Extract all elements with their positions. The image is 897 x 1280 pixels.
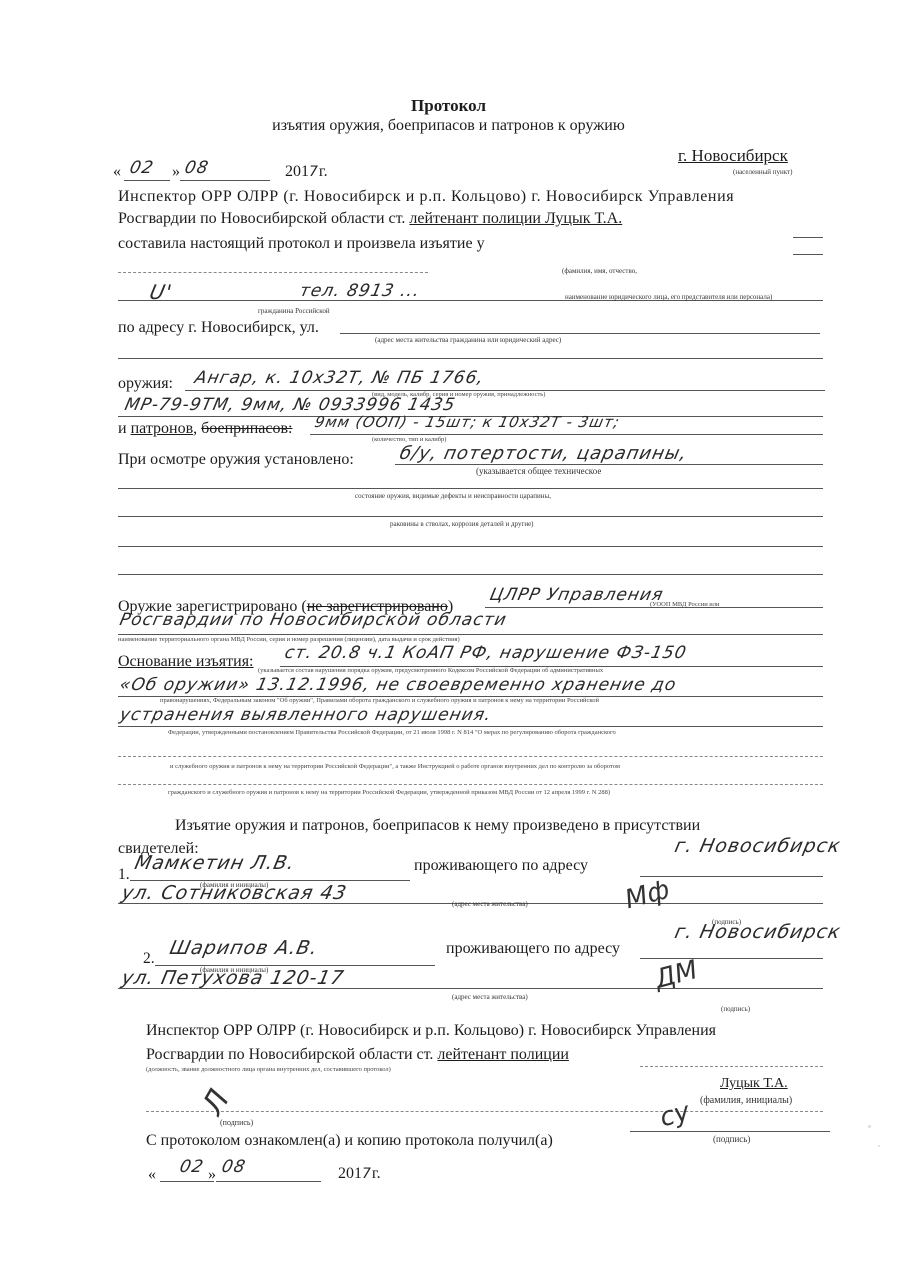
witness-1-signature[interactable]: Мф [622,875,673,916]
witness-1-address-caption: (адрес места жительства) [452,900,528,908]
form-line [118,784,823,785]
date-month-line [180,180,270,181]
form-line [146,1111,823,1112]
basis-caption-4: и служебного оружия и патронов к нему на… [170,763,620,770]
form-line [630,1131,830,1132]
footer-signature-caption: (подпись) [220,1118,253,1127]
witness-2-city[interactable]: г. Новосибирск [673,921,843,943]
scan-speck [878,1145,880,1147]
inspector-rank: лейтенант полиции Луцык Т.А. [409,210,622,227]
basis-value-1[interactable]: ст. 20.8 ч.1 КоАП РФ, нарушение ФЗ-150 [283,643,689,663]
form-line [118,726,823,727]
address-line [340,333,820,334]
ammo-label: и патронов, боеприпасов: [118,420,292,438]
form-line [118,272,428,273]
basis-label: Основание изъятия: [118,653,254,671]
form-line [310,434,823,435]
footer-date-open-quote: « [148,1166,156,1184]
form-line [118,488,823,489]
date-year: 2017г. [285,163,328,181]
document-subtitle: изъятия оружия, боеприпасов и патронов к… [0,117,897,135]
footer-position-caption: (должность, звание должностного лица орг… [146,1066,391,1073]
acknowledge-signature[interactable]: су [657,1097,693,1134]
form-line [118,546,823,547]
witness-2-number: 2. [143,950,155,968]
form-line [640,958,823,959]
inspection-value[interactable]: б/у, потертости, царапины, [398,443,689,464]
margin-line [793,237,823,238]
witness-2-signature-caption: (подпись) [721,1005,750,1013]
witness-2-address[interactable]: ул. Петухова 120-17 [120,967,346,989]
form-line [130,880,410,881]
basis-caption-3: Федерации, утвержденными постановлением … [168,729,616,736]
weapon-1[interactable]: Ангар, к. 10х32Т, № ПБ 1766, [193,368,486,388]
footer-date-day[interactable]: 02 [178,1157,206,1177]
witness-2-name[interactable]: Шарипов А.В. [168,937,320,959]
caption-fio: (фамилия, имя, отчество, [562,267,637,275]
form-line [395,464,823,465]
registration-value-1[interactable]: ЦЛРР Управления [488,585,666,605]
form-line [118,516,823,517]
footer-acknowledge: С протоколом ознакомлен(а) и копию прото… [146,1132,553,1150]
inspection-label: При осмотре оружия установлено: [118,451,354,469]
address-caption: (адрес места жительства гражданина или ю… [375,336,561,344]
form-line [640,1066,823,1067]
registration-value-2[interactable]: Росгвардии по Новосибирской области [118,610,509,630]
registration-caption-1: (УООП МВД России или [650,601,720,608]
basis-value-2[interactable]: «Об оружии» 13.12.1996, не своевременно … [118,675,679,695]
footer-inspector-line2: Росгвардии по Новосибирской области ст. … [146,1046,569,1064]
witness-2-signature[interactable]: ДМ [652,955,701,995]
city: г. Новосибирск [678,146,788,166]
form-line [155,965,435,966]
date-day[interactable]: 02 [128,158,156,178]
inspection-caption-3: раковины в стволах, коррозия деталей и д… [390,520,534,528]
form-line [118,756,823,757]
basis-value-3[interactable]: устранения выявленного нарушения. [118,705,494,725]
witness-1-name[interactable]: Мамкетин Л.В. [133,852,298,874]
weapons-label: оружия: [118,375,173,393]
inspector-line3: составила настоящий протокол и произвела… [118,235,485,253]
basis-caption-2: правонарушениях, Федеральным законом "Об… [160,697,599,704]
margin-line [793,254,823,255]
inspector-line2: Росгвардии по Новосибирской области ст. … [118,210,622,228]
footer-surname: Луцык Т.А. [720,1076,788,1092]
inspector-signature[interactable]: Л [195,1084,237,1121]
footer-acknowledge-signature-caption: (подпись) [713,1134,750,1144]
witness-2-address-caption: (адрес места жительства) [452,993,528,1001]
weapon-2[interactable]: МР-79-9ТМ, 9мм, № 0933996 1435 [123,395,457,415]
date-day-line [124,180,170,181]
ammo-caption: (количество, тип и калибр) [372,436,446,443]
form-line [118,988,823,989]
caption-citizen: гражданина Российской [258,307,330,315]
footer-date-year: 2017г. [338,1165,381,1183]
basis-caption-5: гражданского и служебного оружия и патро… [168,789,610,796]
date-month[interactable]: 08 [183,158,211,178]
footer-date-month[interactable]: 08 [220,1157,248,1177]
inspection-caption-2: состояние оружия, видимые дефекты и неис… [355,492,551,500]
form-line [118,634,823,635]
footer-date-close-quote: » [208,1166,216,1184]
witness-1-city[interactable]: г. Новосибирск [673,835,843,857]
ammo-value[interactable]: 9мм (ООП) - 15шт; к 10х32Т - 3шт; [313,413,622,431]
form-line [216,1181,321,1182]
witness-2-residing-label: проживающего по адресу [446,940,620,958]
basis-caption-1: (указывается состав нарушения порядка ор… [258,667,603,674]
handwritten-phone[interactable]: тел. 8913 ... [298,281,422,301]
form-line [118,574,823,575]
witness-1-residing-label: проживающего по адресу [414,857,588,875]
footer-surname-caption: (фамилия, инициалы) [700,1095,792,1106]
scan-speck [868,1125,871,1128]
form-line [640,876,823,877]
form-line [160,1181,214,1182]
date-close-quote: » [172,163,180,181]
address-label: по адресу г. Новосибирск, ул. [118,319,319,337]
form-line [118,358,823,359]
footer-inspector-line1: Инспектор ОРР ОЛРР (г. Новосибирск и р.п… [146,1022,716,1040]
city-caption: (населенный пункт) [733,168,792,176]
registration-caption-2: наименование территориального органа МВД… [118,636,460,643]
caption-org: наименование юридического лица, его пред… [565,293,772,301]
witnesses-intro: Изъятие оружия и патронов, боеприпасов к… [175,817,700,835]
inspector-line1: Инспектор ОРР ОЛРР (г. Новосибирск и р.п… [118,188,734,206]
document-title: Протокол [0,96,897,116]
inspection-caption-1: (указывается общее техническое [476,466,601,476]
witness-1-address[interactable]: ул. Сотниковская 43 [120,882,349,904]
date-open-quote: « [113,163,121,181]
